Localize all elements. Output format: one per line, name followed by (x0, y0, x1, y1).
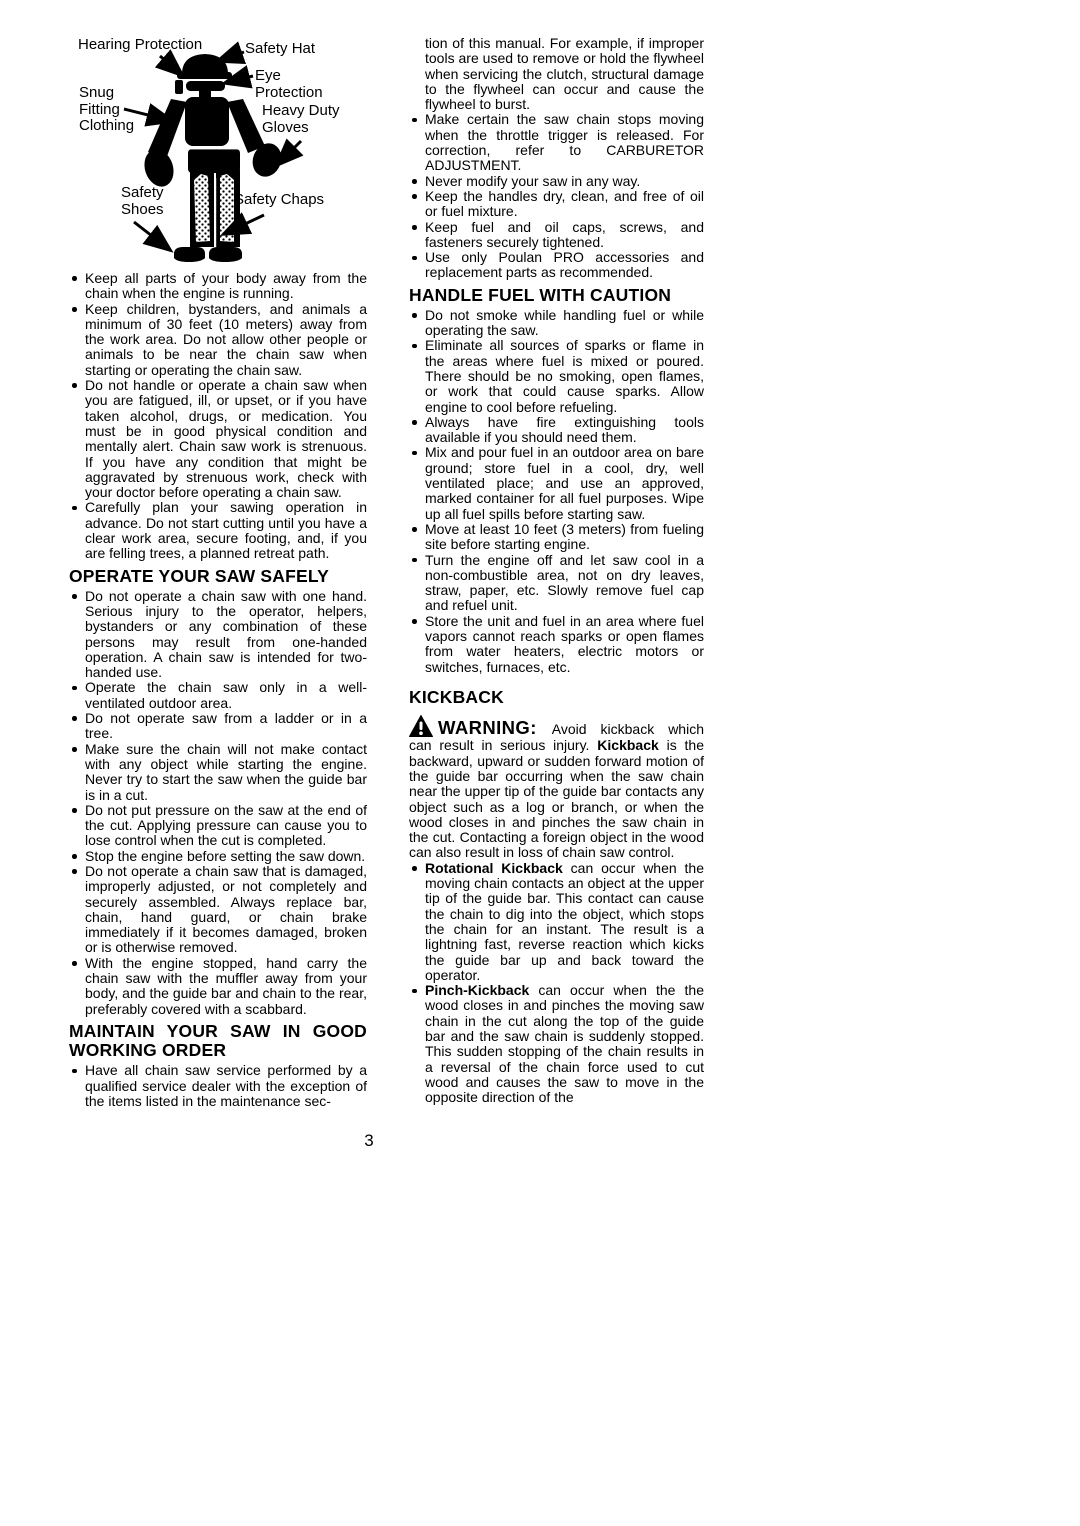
warning-label: WARNING: (438, 717, 537, 738)
bullet-item: Do not handle or operate a chain saw whe… (69, 378, 367, 500)
bullet-item: Do not operate saw from a ladder or in a… (69, 711, 367, 742)
right-boot-shape (209, 247, 242, 262)
page-number: 3 (352, 1131, 386, 1151)
bullet-item: With the engine stopped, hand carry the … (69, 956, 367, 1017)
left-boot-shape (174, 247, 205, 262)
bullet-item: Carefully plan your sawing operation in … (69, 500, 367, 561)
figure-label-heavy-duty-gloves: Heavy Duty Gloves (262, 103, 340, 136)
bullet-item: Rotational Kickback can occur when the m… (409, 861, 704, 983)
kickback-bullet-list: Rotational Kickback can occur when the m… (409, 861, 704, 1106)
bullet-item: Keep fuel and oil caps, screws, and fast… (409, 220, 704, 251)
bullet-item: Make sure the chain will not make contac… (69, 742, 367, 803)
right-arm-shape (227, 99, 265, 153)
torso-shape (185, 97, 229, 146)
bullet-item: Never modify your saw in any way. (409, 174, 704, 189)
safety-equipment-figure: Hearing Protection Safety Hat Eye Protec… (60, 28, 422, 272)
kickback-term: Pinch-Kickback (425, 982, 529, 998)
manual-page: Hearing Protection Safety Hat Eye Protec… (0, 0, 1080, 1526)
bullet-item: Stop the engine before setting the saw d… (69, 849, 367, 864)
hips-shape (188, 149, 240, 173)
maintain-bullet-list-continued: Make certain the saw chain stops moving … (409, 112, 704, 280)
heading-handle-fuel-with-caution: HANDLE FUEL WITH CAUTION (409, 286, 704, 306)
worker-silhouette-figure (60, 28, 422, 272)
bullet-item: Move at least 10 feet (3 meters) from fu… (409, 522, 704, 553)
bullet-item: Do not put pressure on the saw at the en… (69, 803, 367, 849)
bullet-item: Use only Poulan PRO accessories and repl… (409, 250, 704, 281)
maintain-bullet-list: Have all chain saw service performed by … (69, 1063, 367, 1109)
bullet-item: Keep all parts of your body away from th… (69, 271, 367, 302)
heading-kickback: KICKBACK (409, 688, 704, 708)
safety-shoes-arrow (134, 222, 170, 250)
bullet-item: Have all chain saw service performed by … (69, 1063, 367, 1109)
warning-bold-term: Kickback (597, 737, 658, 753)
figure-label-safety-shoes: Safety Shoes (121, 185, 164, 218)
heading-operate-your-saw-safely: OPERATE YOUR SAW SAFELY (69, 567, 367, 587)
bullet-item: Pinch-Kickback can occur when the the wo… (409, 983, 704, 1105)
figure-label-snug-clothing: Snug Fitting Clothing (79, 85, 134, 135)
heading-maintain-your-saw: MAINTAIN YOUR SAW IN GOOD WORKING ORDER (69, 1022, 367, 1061)
bullet-item: Make certain the saw chain stops moving … (409, 112, 704, 173)
ear-muff-shape (175, 80, 183, 94)
figure-label-hearing-protection: Hearing Protection (78, 37, 202, 54)
warning-triangle-icon (409, 715, 433, 738)
bullet-item: Do not operate a chain saw that is damag… (69, 864, 367, 956)
left-column: Keep all parts of your body away from th… (69, 271, 367, 1109)
fuel-bullet-list: Do not smoke while handling fuel or whil… (409, 308, 704, 675)
bullet-item: Do not operate a chain saw with one hand… (69, 589, 367, 681)
intro-bullet-list: Keep all parts of your body away from th… (69, 271, 367, 562)
right-column: tion of this manual. For example, if imp… (409, 36, 704, 1106)
safety-hat-arrow (218, 52, 244, 61)
bullet-item: Turn the engine off and let saw cool in … (409, 553, 704, 614)
bullet-item: Store the unit and fuel in an area where… (409, 614, 704, 675)
figure-label-eye-protection: Eye Protection (255, 68, 323, 101)
warning-text: is the backward, upward or sudden forwar… (409, 737, 704, 860)
bullet-item: Do not smoke while handling fuel or whil… (409, 308, 704, 339)
maintain-continuation-paragraph: tion of this manual. For example, if imp… (409, 36, 704, 112)
hard-hat-brim-shape (177, 72, 232, 79)
bullet-item: Keep children, bystanders, and animals a… (69, 302, 367, 378)
hard-hat-shape (182, 54, 228, 74)
hearing-protection-arrow (160, 56, 182, 75)
kickback-warning-paragraph: WARNING:Avoid kickback which can result … (409, 715, 704, 860)
figure-label-safety-chaps: Safety Chaps (234, 192, 324, 209)
figure-label-safety-hat: Safety Hat (245, 41, 315, 58)
kickback-text: can occur when the the wood closes in an… (425, 982, 704, 1105)
kickback-text: can occur when the moving chain contacts… (425, 860, 704, 983)
bullet-item: Operate the chain saw only in a well-ven… (69, 680, 367, 711)
operate-bullet-list: Do not operate a chain saw with one hand… (69, 589, 367, 1017)
bullet-item: Keep the handles dry, clean, and free of… (409, 189, 704, 220)
left-chap-shape (194, 174, 210, 242)
bullet-item: Always have fire extinguishing tools ava… (409, 415, 704, 446)
kickback-term: Rotational Kickback (425, 860, 563, 876)
bullet-item: Mix and pour fuel in an outdoor area on … (409, 445, 704, 521)
bullet-item: Eliminate all sources of sparks or flame… (409, 338, 704, 414)
